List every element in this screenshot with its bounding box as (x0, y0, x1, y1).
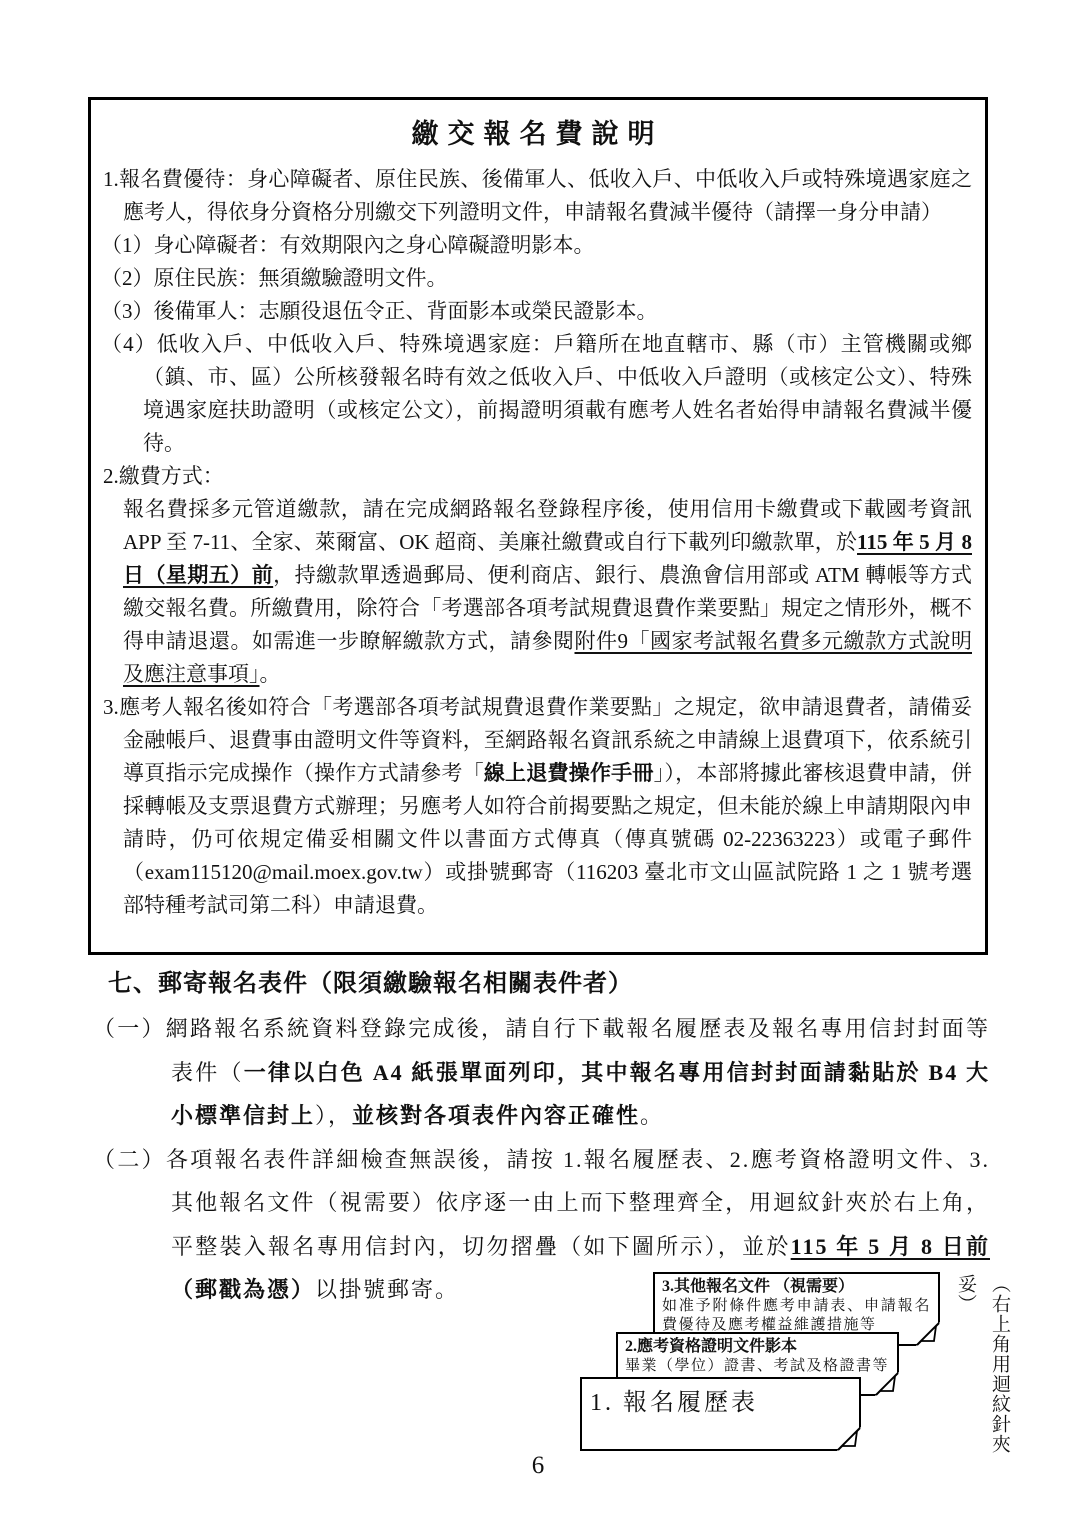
folded-corner-icon (875, 1372, 899, 1396)
item-marker: （1） (101, 233, 154, 257)
item-text: 原住民族：無須繳驗證明文件。 (154, 266, 448, 290)
card-title: 1. 報名履歷表 (590, 1387, 851, 1419)
item-marker: 2. (103, 464, 119, 488)
item-marker: （二） (93, 1147, 166, 1172)
refund-item: 3.應考人報名後如符合「考選部各項考試規費退費作業要點」之規定，欲申請退費者，請… (103, 691, 972, 922)
item-text: 身心障礙者：有效期限內之身心障礙證明影本。 (154, 233, 595, 257)
item-text: 應考人報名後如符合「考選部各項考試規費退費作業要點」之規定，欲申請退費者，請備妥… (119, 695, 972, 917)
card-title: 3.其他報名文件 （視需要） (662, 1276, 931, 1297)
box-title: 繳交報名費說明 (103, 112, 972, 151)
card-body: 如准予附條件應考申請表、申請報名費優待及應考權益維護措施等 (662, 1297, 931, 1335)
fee-subitem-2: （2）原住民族：無須繳驗證明文件。 (101, 262, 972, 295)
fee-subitem-4: （4）低收入戶、中低收入戶、特殊境遇家庭：戶籍所在地直轄市、縣（市）主管機關或鄉… (101, 328, 972, 460)
section-seven-item-1: （一）網路報名系統資料登錄完成後，請自行下載報名履歷表及報名專用信封封面等表件（… (93, 1007, 990, 1138)
fee-subitem-3: （3）後備軍人：志願役退伍令正、背面影本或榮民證影本。 (101, 295, 972, 328)
card-title: 2.應考資格證明文件影本 (625, 1336, 890, 1357)
section-seven: 七、郵寄報名表件（限須繳驗報名相關表件者） （一）網路報名系統資料登錄完成後，請… (93, 963, 990, 1312)
item-text: 低收入戶、中低收入戶、特殊境遇家庭：戶籍所在地直轄市、縣（市）主管機關或鄉（鎮、… (143, 332, 972, 455)
item-marker: （3） (101, 299, 154, 323)
item-marker: 1. (103, 167, 119, 191)
item-marker: （4） (101, 332, 157, 356)
item-text: 後備軍人：志願役退伍令正、背面影本或榮民證影本。 (154, 299, 658, 323)
item-marker: （2） (101, 266, 154, 290)
document-card-registration-form: 1. 報名履歷表 (580, 1377, 861, 1451)
item-marker: （一） (93, 1016, 166, 1041)
page-number: 6 (518, 1452, 558, 1480)
section-seven-heading: 七、郵寄報名表件（限須繳驗報名相關表件者） (108, 963, 990, 1005)
fee-item-1: 1.報名費優待：身心障礙者、原住民族、後備軍人、低收入戶、中低收入戶或特殊境遇家… (103, 163, 972, 229)
payment-method-item: 2.繳費方式： (103, 460, 972, 493)
item-text: 繳費方式： (119, 464, 224, 488)
folded-corner-icon (837, 1427, 861, 1451)
item-text: 網路報名系統資料登錄完成後，請自行下載報名履歷表及報名專用信封封面等表件（一律以… (166, 1016, 990, 1128)
item-marker: 3. (103, 695, 119, 719)
folded-corner-icon (916, 1322, 940, 1346)
paperclip-side-note: （右上角用迴紋針夾妥） (948, 1274, 1016, 1479)
fee-instructions-box: 繳交報名費說明 1.報名費優待：身心障礙者、原住民族、後備軍人、低收入戶、中低收… (88, 97, 988, 955)
item-text: 報名費優待：身心障礙者、原住民族、後備軍人、低收入戶、中低收入戶或特殊境遇家庭之… (119, 167, 972, 224)
payment-method-body: 報名費採多元管道繳款，請在完成網路報名登錄程序後，使用信用卡繳費或下載國考資訊 … (103, 493, 972, 691)
document-page: 繳交報名費說明 1.報名費優待：身心障礙者、原住民族、後備軍人、低收入戶、中低收… (0, 0, 1076, 1522)
fee-subitem-1: （1）身心障礙者：有效期限內之身心障礙證明影本。 (101, 229, 972, 262)
item-text: 報名費採多元管道繳款，請在完成網路報名登錄程序後，使用信用卡繳費或下載國考資訊 … (123, 497, 972, 686)
card-body: 畢業（學位）證書、考試及格證書等 (625, 1357, 890, 1376)
